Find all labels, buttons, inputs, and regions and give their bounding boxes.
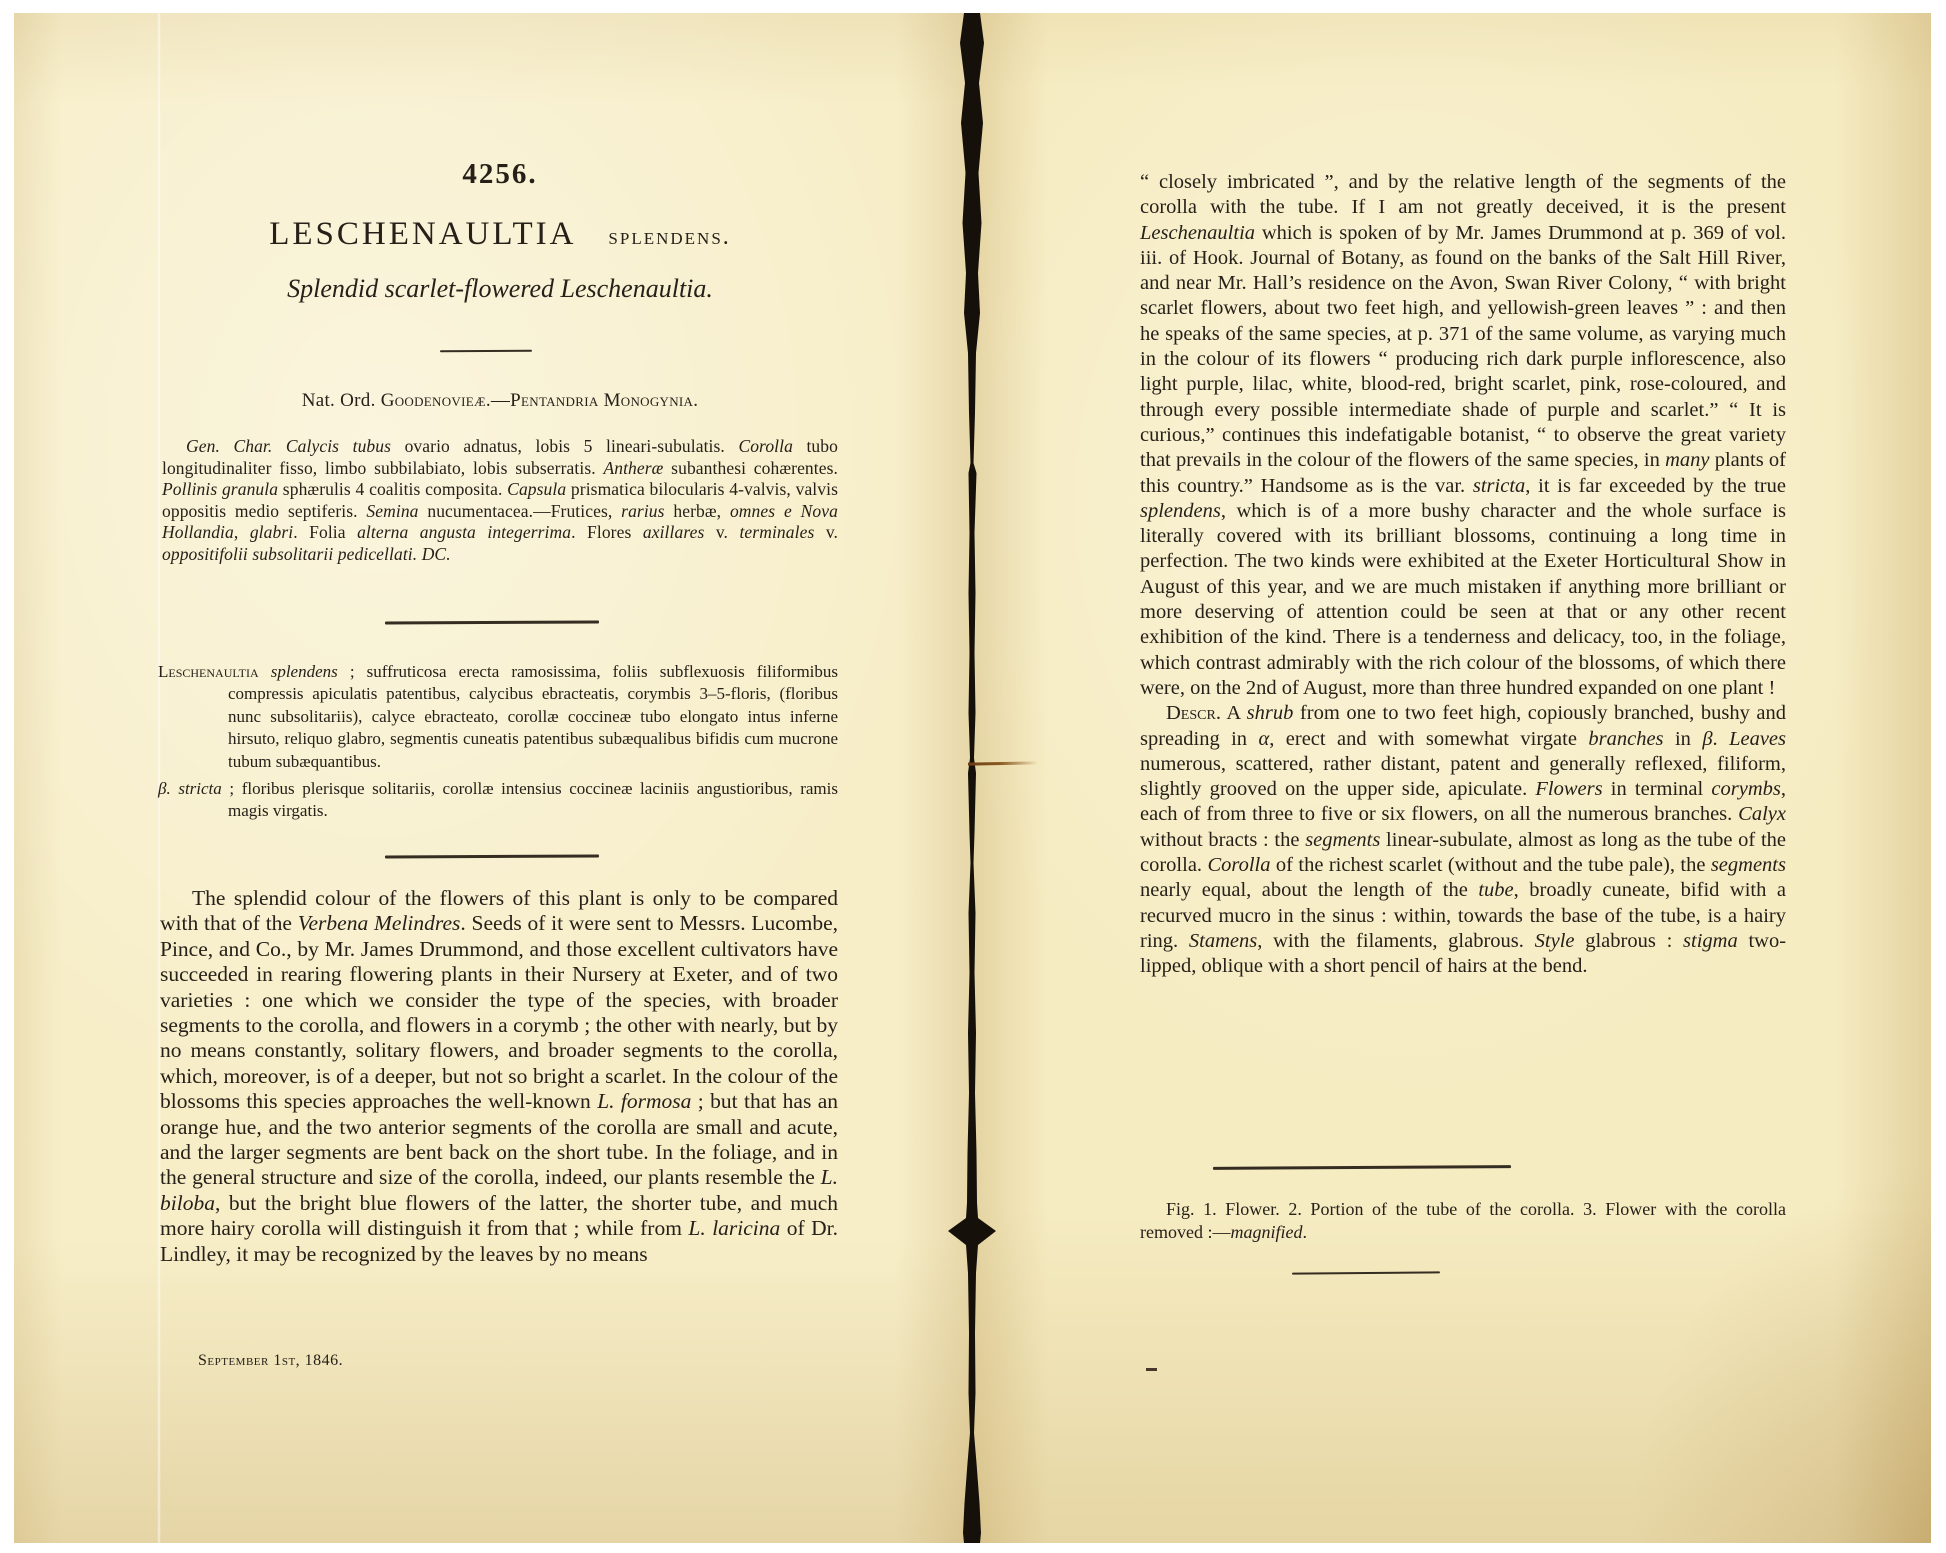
plate-title-genus: LESCHENAULTIA: [269, 216, 574, 252]
description-paragraph: Descr. A shrub from one to two feet high…: [1140, 701, 1786, 979]
binding-gutter: [938, 13, 1006, 1543]
left-body-paragraph: The splendid colour of the flowers of th…: [160, 886, 838, 1267]
plate-number: 4256.: [162, 158, 838, 191]
species-diagnosis-block: Leschenaultia splendens ; suffruticosa e…: [158, 661, 838, 823]
genus-character-paragraph: Gen. Char. Calycis tubus ovario adnatus,…: [162, 436, 838, 566]
scanned-book-spread: 4256. LESCHENAULTIA splendens. Splendid …: [0, 0, 1946, 1553]
plate-subtitle: Splendid scarlet-flowered Leschenaultia.: [162, 274, 838, 304]
right-body-paragraph: “ closely imbricated ”, and by the relat…: [1140, 170, 1786, 701]
plate-title-species: splendens.: [608, 224, 730, 250]
ink-mark: [1146, 1368, 1157, 1371]
figure-caption: Fig. 1. Flower. 2. Portion of the tube o…: [1140, 1198, 1786, 1243]
publication-date: September 1st, 1846.: [198, 1352, 343, 1370]
variety-diagnosis: β. stricta ; floribus plerisque solitari…: [158, 778, 838, 823]
right-page-text: “ closely imbricated ”, and by the relat…: [1140, 170, 1786, 980]
species-diagnosis: Leschenaultia splendens ; suffruticosa e…: [158, 661, 838, 773]
natural-order-line: Nat. Ord. Goodenovieæ.—Pentandria Monogy…: [162, 390, 838, 412]
plate-title: LESCHENAULTIA splendens.: [162, 216, 838, 253]
